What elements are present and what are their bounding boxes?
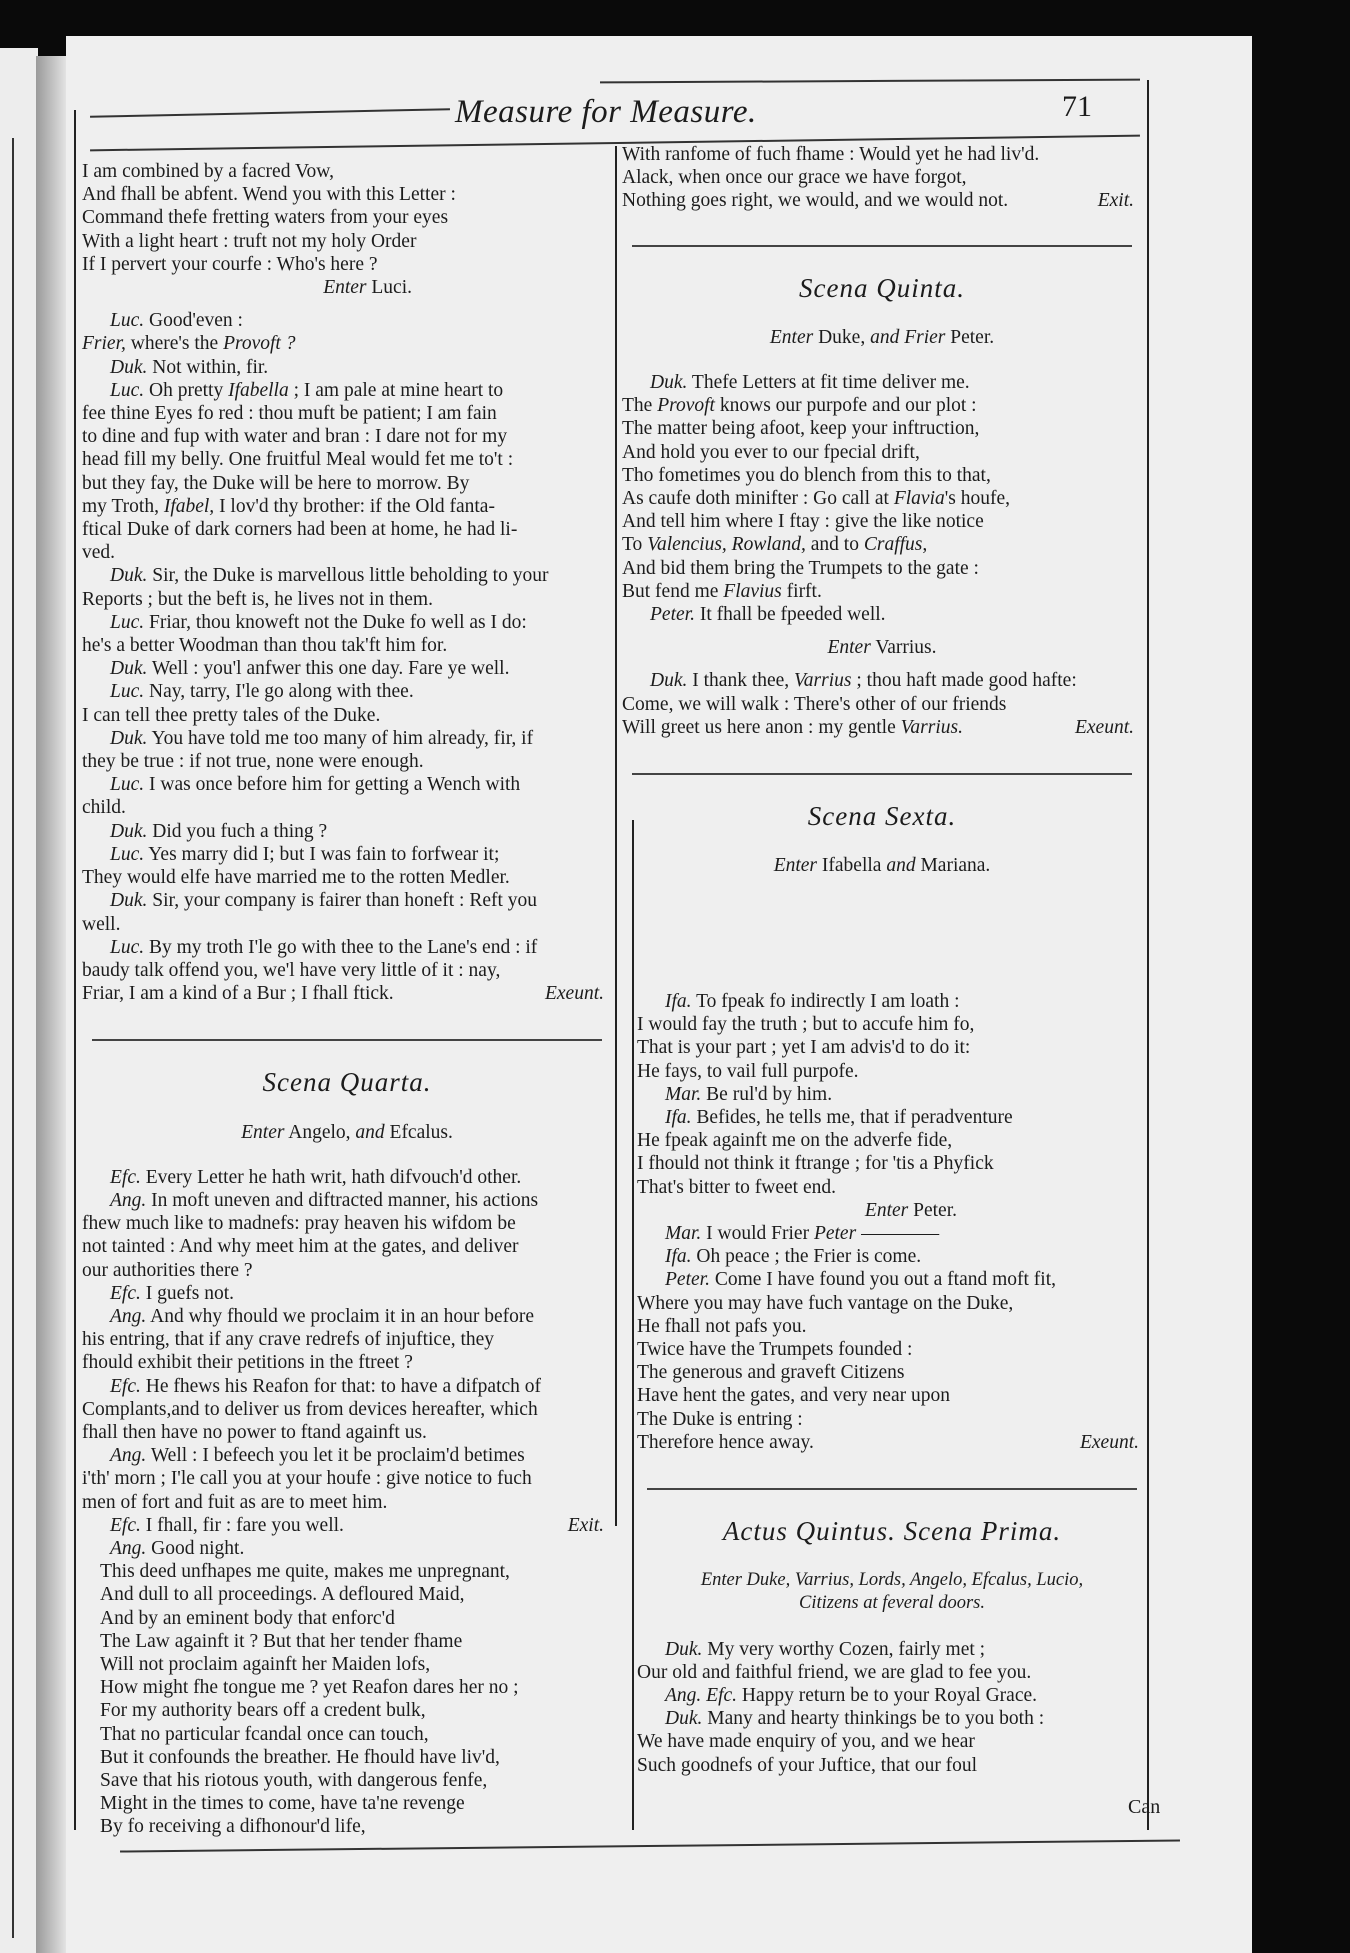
dialogue-line: Duk. Sir, your company is fairer than ho… <box>82 889 612 912</box>
dialogue-line: Luc. Good'even : <box>82 309 612 332</box>
dialogue-line: men of fort and fuit as are to meet him. <box>82 1491 612 1514</box>
right-column-upper: With ranfome of fuch fhame : Would yet h… <box>622 143 1142 877</box>
scene-title-quarta: Scena Quarta. <box>82 1071 612 1094</box>
dialogue-line: But fend me Flavius firft. <box>622 580 1142 603</box>
dialogue-line: Duk. Sir, the Duke is marvellous little … <box>82 564 612 587</box>
dialogue-line: Duk. Not within, fir. <box>82 356 612 379</box>
dialogue-line: Peter. Come I have found you out a ftand… <box>637 1268 1147 1291</box>
dialogue-line: Tho fometimes you do blench from this to… <box>622 464 1142 487</box>
dialogue-line: Duk. Thefe Letters at fit time deliver m… <box>622 371 1142 394</box>
dialogue-line: Ang. Well : I befeech you let it be proc… <box>82 1444 612 1467</box>
dialogue-line: ftical Duke of dark corners had been at … <box>82 518 612 541</box>
verse-line: I am combined by a facred Vow, <box>82 160 612 183</box>
running-title: Measure for Measure. <box>455 94 757 131</box>
verse-line: That no particular fcandal once can touc… <box>82 1723 612 1746</box>
dialogue-line: Luc. Yes marry did I; but I was fain to … <box>82 843 612 866</box>
verse-line: Might in the times to come, have ta'ne r… <box>82 1792 612 1815</box>
verse-line: And fhall be abfent. Wend you with this … <box>82 183 612 206</box>
stage-direction-exit: Exit. <box>568 1514 604 1537</box>
dialogue-line: Efc. He fhews his Reafon for that: to ha… <box>82 1375 612 1398</box>
catchword: Can <box>1128 1796 1160 1819</box>
dialogue-line: Have hent the gates, and very near upon <box>637 1384 1147 1407</box>
dialogue-line: but they fay, the Duke will be here to m… <box>82 472 612 495</box>
dialogue-line: well. <box>82 913 612 936</box>
dialogue-line: Luc. Oh pretty Ifabella ; I am pale at m… <box>82 379 612 402</box>
stage-direction-enter-peter: Enter Peter. <box>637 1199 1147 1222</box>
dialogue-line: The Duke is entring : <box>637 1408 1147 1431</box>
dialogue-line: Come, we will walk : There's other of ou… <box>622 693 1142 716</box>
dialogue-line: To Valencius, Rowland, and to Craffus, <box>622 533 1142 556</box>
stage-direction-exeunt: Exeunt. <box>545 982 604 1005</box>
dialogue-line: As caufe doth minifter : Go call at Flav… <box>622 487 1142 510</box>
dialogue-line: I fhould not think it ftrange ; for 'tis… <box>637 1152 1147 1175</box>
verse-line: The Law againft it ? But that her tender… <box>82 1630 612 1653</box>
verse-line: Command thefe fretting waters from your … <box>82 206 612 229</box>
verse-line: For my authority bears off a credent bul… <box>82 1699 612 1722</box>
dialogue-line: Ifa. Befides, he tells me, that if perad… <box>637 1106 1147 1129</box>
dialogue-line: The Provoft knows our purpofe and our pl… <box>622 394 1142 417</box>
stage-direction-exeunt: Exeunt. <box>1075 716 1134 739</box>
dialogue-line: Luc. I was once before him for getting a… <box>82 773 612 796</box>
stage-direction-enter-luci: Enter Luci. <box>82 276 612 299</box>
dialogue-line: He fpeak againft me on the adverfe fide, <box>637 1129 1147 1152</box>
stage-direction-enter: Enter Duke, and Frier Peter. <box>622 326 1142 349</box>
stage-direction-enter-varrius: Enter Varrius. <box>622 636 1142 659</box>
verse-line: Save that his riotous youth, with danger… <box>82 1769 612 1792</box>
dialogue-line: Efc. I guefs not. <box>82 1282 612 1305</box>
dialogue-line: not tainted : And why meet him at the ga… <box>82 1235 612 1258</box>
book-gutter <box>36 56 68 1953</box>
dialogue-line: Luc. Friar, thou knoweft not the Duke fo… <box>82 611 612 634</box>
dialogue-line: head fill my belly. One fruitful Meal wo… <box>82 448 612 471</box>
dialogue-line: Complants,and to deliver us from devices… <box>82 1398 612 1421</box>
verse-line: With a light heart : truft not my holy O… <box>82 230 612 253</box>
column-divider-lower <box>632 820 634 1830</box>
dialogue-line: The matter being afoot, keep your inftru… <box>622 417 1142 440</box>
dialogue-line: fhall then have no power to ftand againf… <box>82 1421 612 1444</box>
scene-divider <box>632 773 1132 775</box>
dialogue-line: Mar. I would Frier Peter ———— <box>637 1222 1147 1245</box>
verse-line: But it confounds the breather. He fhould… <box>82 1746 612 1769</box>
dialogue-line: they be true : if not true, none were en… <box>82 750 612 773</box>
dialogue-line: to dine and fup with water and bran : I … <box>82 425 612 448</box>
dialogue-line: he's a better Woodman than thou tak'ft h… <box>82 634 612 657</box>
dialogue-line: Peter. It fhall be fpeeded well. <box>622 603 1142 626</box>
dialogue-line: Therefore hence away.Exeunt. <box>637 1431 1147 1454</box>
dialogue-line: I would fay the truth ; but to accufe hi… <box>637 1013 1147 1036</box>
scene-divider <box>632 245 1132 247</box>
dialogue-line: Twice have the Trumpets founded : <box>637 1338 1147 1361</box>
dialogue-line: That is your part ; yet I am advis'd to … <box>637 1036 1147 1059</box>
dialogue-line: Luc. Nay, tarry, I'le go along with thee… <box>82 680 612 703</box>
dialogue-line: And hold you ever to our fpecial drift, <box>622 441 1142 464</box>
stage-direction-enter-line-1: Enter Duke, Varrius, Lords, Angelo, Efca… <box>637 1569 1147 1592</box>
dialogue-line: his entring, that if any crave redrefs o… <box>82 1328 612 1351</box>
dialogue-line: Ifa. To fpeak fo indirectly I am loath : <box>637 990 1147 1013</box>
dialogue-line: baudy talk offend you, we'l have very li… <box>82 959 612 982</box>
dialogue-line: our authorities there ? <box>82 1259 612 1282</box>
frame-right-rule <box>1147 80 1149 1830</box>
dialogue-line: child. <box>82 796 612 819</box>
stage-direction-enter-line-2: Citizens at feveral doors. <box>637 1592 1147 1615</box>
previous-page-rule <box>12 138 14 1938</box>
dialogue-line: fee thine Eyes fo red : thou muft be pat… <box>82 402 612 425</box>
dialogue-line: Where you may have fuch vantage on the D… <box>637 1292 1147 1315</box>
verse-line: Will not proclaim againft her Maiden lof… <box>82 1653 612 1676</box>
verse-line: How might fhe tongue me ? yet Reafon dar… <box>82 1676 612 1699</box>
dialogue-line: Will greet us here anon : my gentle Varr… <box>622 716 1142 739</box>
verse-line: And by an eminent body that enforc'd <box>82 1607 612 1630</box>
dialogue-line: Efc. Every Letter he hath writ, hath dif… <box>82 1166 612 1189</box>
dialogue-line: Efc. I fhall, fir : fare you well.Exit. <box>82 1514 612 1537</box>
dialogue-line: We have made enquiry of you, and we hear <box>637 1730 1147 1753</box>
scene-divider <box>647 1488 1137 1490</box>
dialogue-line: Duk. You have told me too many of him al… <box>82 727 612 750</box>
dialogue-line: fhew much like to madnefs: pray heaven h… <box>82 1212 612 1235</box>
verse-line: Alack, when once our grace we have forgo… <box>622 166 1142 189</box>
left-column: I am combined by a facred Vow, And fhall… <box>82 160 612 1839</box>
column-divider <box>615 146 617 1526</box>
verse-line: And dull to all proceedings. A defloured… <box>82 1583 612 1606</box>
dialogue-line: Such goodnefs of your Juftice, that our … <box>637 1754 1147 1777</box>
dialogue-line: Ifa. Oh peace ; the Frier is come. <box>637 1245 1147 1268</box>
dialogue-line: Ang. Good night. <box>82 1537 612 1560</box>
dialogue-line: Friar, I am a kind of a Bur ; I fhall ft… <box>82 982 612 1005</box>
dialogue-line: fhould exhibit their petitions in the ft… <box>82 1351 612 1374</box>
stage-direction-exit: Exit. <box>1098 189 1134 212</box>
right-column-lower: Ifa. To fpeak fo indirectly I am loath :… <box>637 990 1147 1777</box>
dialogue-line: Ang. And why fhould we proclaim it in an… <box>82 1305 612 1328</box>
dialogue-line: my Troth, Ifabel, I lov'd thy brother: i… <box>82 495 612 518</box>
dialogue-line: Duk. My very worthy Cozen, fairly met ; <box>637 1638 1147 1661</box>
dialogue-line: Frier, where's the Provoft ? <box>82 332 612 355</box>
dialogue-line: And bid them bring the Trumpets to the g… <box>622 557 1142 580</box>
dialogue-line: I can tell thee pretty tales of the Duke… <box>82 704 612 727</box>
verse-line: If I pervert your courfe : Who's here ? <box>82 253 612 276</box>
previous-page-edge <box>0 48 38 1953</box>
dialogue-line: Reports ; but the beft is, he lives not … <box>82 588 612 611</box>
scene-divider <box>92 1039 602 1041</box>
dialogue-line: Mar. Be rul'd by him. <box>637 1083 1147 1106</box>
dialogue-line: Ang. In moft uneven and diftracted manne… <box>82 1189 612 1212</box>
dialogue-line: That's bitter to fweet end. <box>637 1176 1147 1199</box>
dialogue-line: And tell him where I ftay : give the lik… <box>622 510 1142 533</box>
dialogue-line: Duk. I thank thee, Varrius ; thou haft m… <box>622 669 1142 692</box>
stage-direction-enter: Enter Angelo, and Efcalus. <box>82 1121 612 1144</box>
verse-line: This deed unfhapes me quite, makes me un… <box>82 1560 612 1583</box>
act-scene-title: Actus Quintus. Scena Prima. <box>637 1520 1147 1543</box>
frame-left-rule <box>74 110 76 1830</box>
scene-title-sexta: Scena Sexta. <box>622 805 1142 828</box>
page-number: 71 <box>1062 90 1092 124</box>
stage-direction-enter: Enter Ifabella and Mariana. <box>622 854 1142 877</box>
verse-line: By fo receiving a difhonour'd life, <box>82 1815 612 1838</box>
stage-direction-exeunt: Exeunt. <box>1080 1431 1139 1454</box>
dialogue-line: Luc. By my troth I'le go with thee to th… <box>82 936 612 959</box>
dialogue-line: ved. <box>82 541 612 564</box>
dialogue-line: They would elfe have married me to the r… <box>82 866 612 889</box>
dialogue-line: He fhall not pafs you. <box>637 1315 1147 1338</box>
dialogue-line: The generous and graveft Citizens <box>637 1361 1147 1384</box>
dialogue-line: i'th' morn ; I'le call you at your houfe… <box>82 1467 612 1490</box>
dialogue-line: He fays, to vail full purpofe. <box>637 1060 1147 1083</box>
dialogue-line: Our old and faithful friend, we are glad… <box>637 1661 1147 1684</box>
dialogue-line: Duk. Well : you'l anfwer this one day. F… <box>82 657 612 680</box>
scene-title-quinta: Scena Quinta. <box>622 277 1142 300</box>
verse-line: With ranfome of fuch fhame : Would yet h… <box>622 143 1142 166</box>
verse-line: Nothing goes right, we would, and we wou… <box>622 189 1142 212</box>
dialogue-line: Ang. Efc. Happy return be to your Royal … <box>637 1684 1147 1707</box>
dialogue-line: Duk. Many and hearty thinkings be to you… <box>637 1707 1147 1730</box>
dialogue-line: Duk. Did you fuch a thing ? <box>82 820 612 843</box>
